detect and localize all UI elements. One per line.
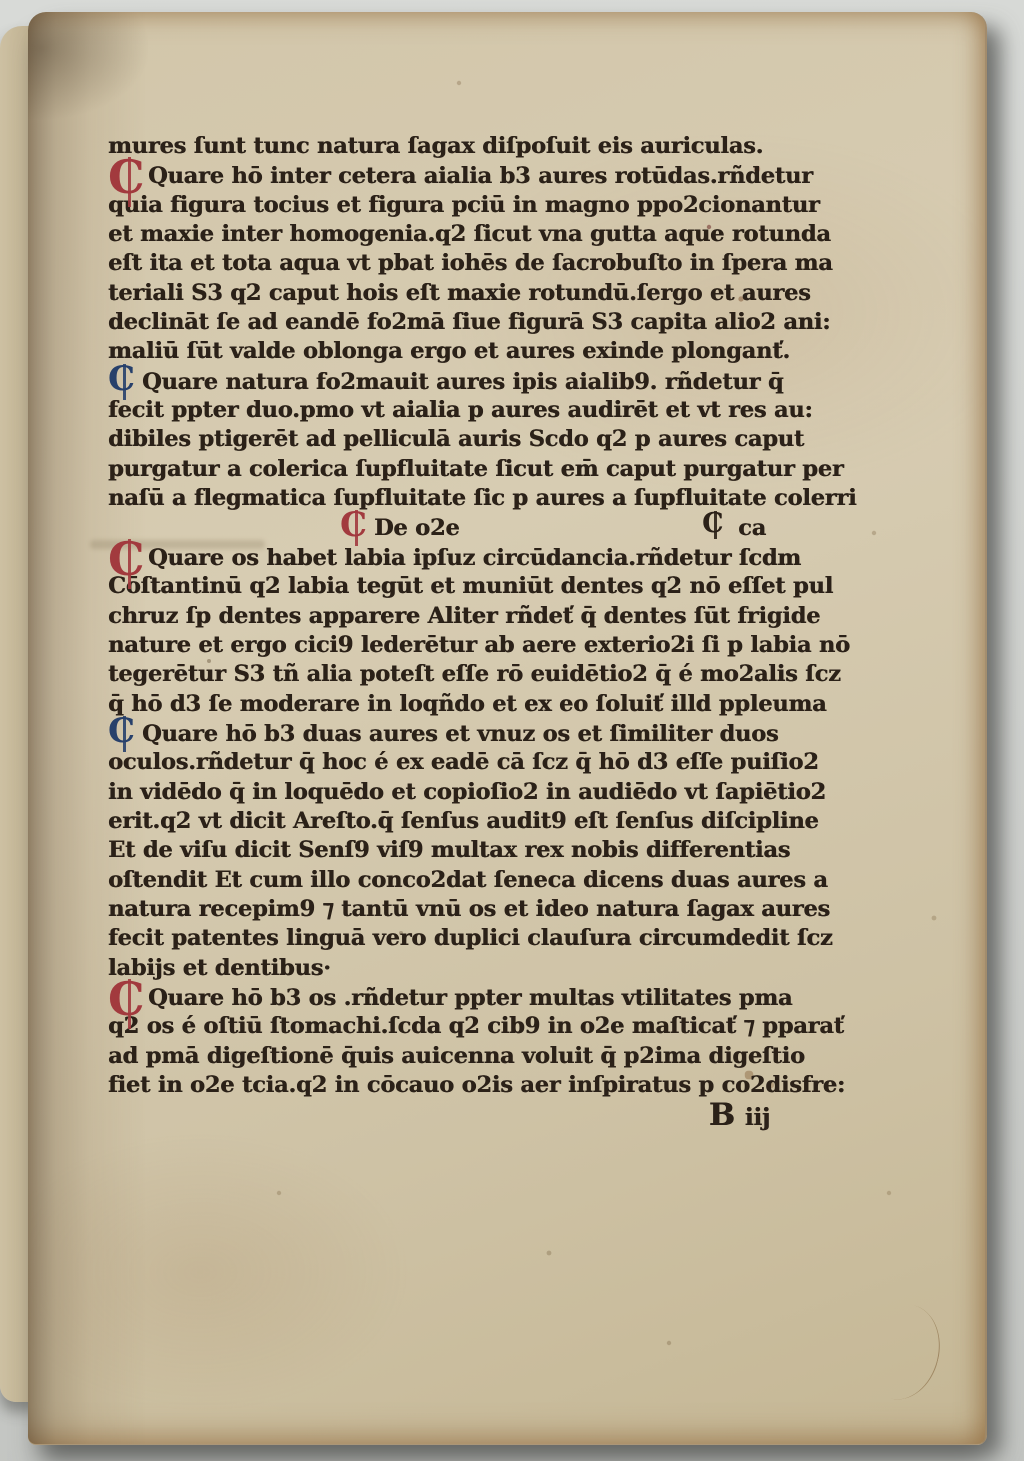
text-line: mures ſunt tunc natura ſagax diſpoſuit e… <box>108 132 776 161</box>
text-line: erit.q2 vt dicit Areſto.q̄ ſenſus audit9… <box>108 807 776 836</box>
text-line: CQuare hō inter cetera aialia b3 aures r… <box>108 161 776 190</box>
pilcrow-mark-icon: C <box>340 513 374 535</box>
text-line: labijs et dentibus· <box>108 954 776 983</box>
pilcrow-mark-icon: C <box>108 983 148 1005</box>
text-line: natura recepim9 ⁊ tantū vnū os et ideo n… <box>108 895 776 924</box>
chapter-label: ca <box>738 514 766 543</box>
signature-mark: Biij <box>108 1101 776 1130</box>
text-line: q̄ hō d3 ſe moderare in loqñdo et ex eo … <box>108 690 776 719</box>
pilcrow-mark-icon: C <box>108 719 142 741</box>
text-block: mures ſunt tunc natura ſagax diſpoſuit e… <box>108 132 776 1131</box>
book-photo: mures ſunt tunc natura ſagax diſpoſuit e… <box>0 0 1024 1461</box>
text-line: Et de viſu dicit Senſ9 viſ9 multax rex n… <box>108 836 776 865</box>
signature-letter: B <box>709 1097 735 1133</box>
text-line: CQuare natura fo2mauit aures ipis aialib… <box>108 367 776 396</box>
heading-title: De o2e <box>374 514 459 543</box>
text-line: ad pmā digeſtionē q̄uis auicenna voluit … <box>108 1042 776 1071</box>
text-line: q2 os é oſtiū ſtomachi.ſcda q2 cib9 in o… <box>108 1012 776 1041</box>
text-line: declināt ſe ad eandē fo2mā ſiue figurā S… <box>108 308 776 337</box>
text-line: teriali S3 q2 caput hois eſt maxie rotun… <box>108 279 776 308</box>
text-line: CQuare hō b3 os .rñdetur ppter multas vt… <box>108 983 776 1012</box>
text-line: tegerētur S3 tñ alia poteſt eſſe rō euid… <box>108 660 776 689</box>
text-line: fecit ppter duo.pmo vt aialia p aures au… <box>108 396 776 425</box>
text-line: purgatur a colerica ſupfluitate ſicut em… <box>108 455 776 484</box>
signature-numeral: iij <box>745 1104 770 1131</box>
text-line: in vidēdo q̄ in loquēdo et copioſio2 in … <box>108 778 776 807</box>
paper-specks <box>28 12 30 14</box>
book-page: mures ſunt tunc natura ſagax diſpoſuit e… <box>28 12 987 1445</box>
text-line: chruz ſp dentes apparere Aliter rñdeť q̄… <box>108 602 776 631</box>
pilcrow-mark-icon: C <box>702 513 732 535</box>
text-line: eſt ita et tota aqua vt pbat iohēs de ſa… <box>108 249 776 278</box>
text-line: et maxie inter homogenia.q2 ſicut vna gu… <box>108 220 776 249</box>
chapter-label-group: C ca <box>702 513 776 543</box>
text-line: quia figura tocius et figura pciū in mag… <box>108 191 776 220</box>
text-line: maliū ſūt valde oblonga ergo et aures ex… <box>108 337 776 366</box>
text-line: naſū a flegmatica ſupfluitate ſic p aure… <box>108 484 776 513</box>
text-line: fiet in o2e tcia.q2 in cōcauo o2is aer i… <box>108 1071 776 1100</box>
text-line: dibiles ptigerēt ad pelliculā auris Scdo… <box>108 425 776 454</box>
hair-fiber <box>855 1297 949 1408</box>
text-line: Cōſtantinū q2 labia tegūt et muniūt dent… <box>108 572 776 601</box>
pilcrow-mark-icon: C <box>108 543 148 565</box>
text-line: CQuare hō b3 duas aures et vnuz os et ſi… <box>108 719 776 748</box>
chapter-heading: C De o2e C ca <box>108 513 776 542</box>
text-line: nature et ergo cici9 lederētur ab aere e… <box>108 631 776 660</box>
text-line: oculos.rñdetur q̄ hoc é ex eadē cā ſcz q… <box>108 748 776 777</box>
text-line: CQuare os habet labia ipſuz circūdancia.… <box>108 543 776 572</box>
text-line: oſtendit Et cum illo conco2dat ſeneca di… <box>108 866 776 895</box>
pilcrow-mark-icon: C <box>108 367 142 389</box>
text-line: fecit patentes linguā vero duplici clauſ… <box>108 924 776 953</box>
pilcrow-mark-icon: C <box>108 161 148 183</box>
